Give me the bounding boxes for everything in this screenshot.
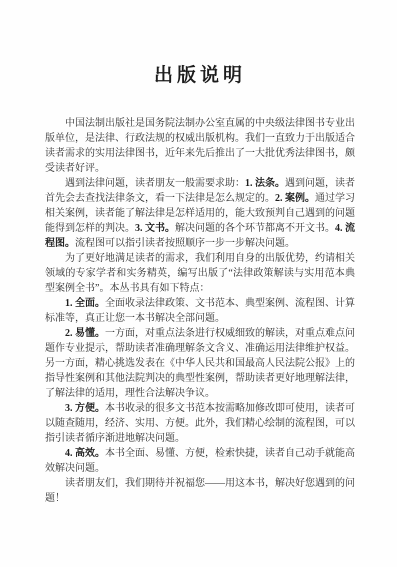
text-run: 读者朋友们，我们期待并祝福您——用这本书，解决好您遇到的问题！ (45, 478, 355, 504)
document-page: 出版说明 中国法制出版社是国务院法制办公室直属的中央级法律图书专业出版单位，是法… (0, 0, 397, 567)
document-body: 中国法制出版社是国务院法制办公室直属的中央级法律图书专业出版单位，是法律、行政法… (45, 116, 355, 506)
paragraph: 2. 易懂。一方面，对重点法条进行权威细致的解读，对重点难点问题作专业提示，帮助… (45, 326, 355, 401)
paragraph: 为了更好地满足读者的需求，我们利用自身的出版优势，约请相关领域的专家学者和实务精… (45, 251, 355, 296)
paragraph: 遇到法律问题，读者朋友一般需要求助：1. 法条。遇到问题，读者首先会去查找法律条… (45, 176, 355, 251)
text-run: 遇到法律问题，读者朋友一般需要求助： (65, 178, 245, 189)
page-title: 出版说明 (45, 64, 355, 88)
text-run: 流程图可以指引读者按照顺序一步一步解决问题。 (75, 238, 295, 249)
paragraph: 中国法制出版社是国务院法制办公室直属的中央级法律图书专业出版单位，是法律、行政法… (45, 116, 355, 176)
paragraph: 1. 全面。全面收录法律政策、文书范本、典型案例、流程图、计算标准等，真正让您一… (45, 296, 355, 326)
emphasis-term: 4. 高效。 (65, 448, 105, 459)
emphasis-term: 2. 案例。 (275, 193, 315, 204)
emphasis-term: 3. 方便。 (65, 403, 105, 414)
paragraph: 4. 高效。本书全面、易懂、方便，检索快捷，读者自己动手就能高效解决问题。 (45, 446, 355, 476)
emphasis-term: 1. 全面。 (65, 298, 105, 309)
text-run: 为了更好地满足读者的需求，我们利用自身的出版优势，约请相关领域的专家学者和实务精… (45, 253, 355, 294)
paragraph: 3. 方便。本书收录的很多文书范本按需略加修改即可使用，读者可以随查随用，经济、… (45, 401, 355, 446)
emphasis-term: 1. 法条。 (245, 178, 285, 189)
text-run: 解决问题的各个环节都离不开文书。 (175, 223, 335, 234)
emphasis-term: 2. 易懂。 (65, 328, 105, 339)
text-run: 中国法制出版社是国务院法制办公室直属的中央级法律图书专业出版单位，是法律、行政法… (45, 118, 355, 174)
emphasis-term: 3. 文书。 (135, 223, 175, 234)
paragraph: 读者朋友们，我们期待并祝福您——用这本书，解决好您遇到的问题！ (45, 476, 355, 506)
